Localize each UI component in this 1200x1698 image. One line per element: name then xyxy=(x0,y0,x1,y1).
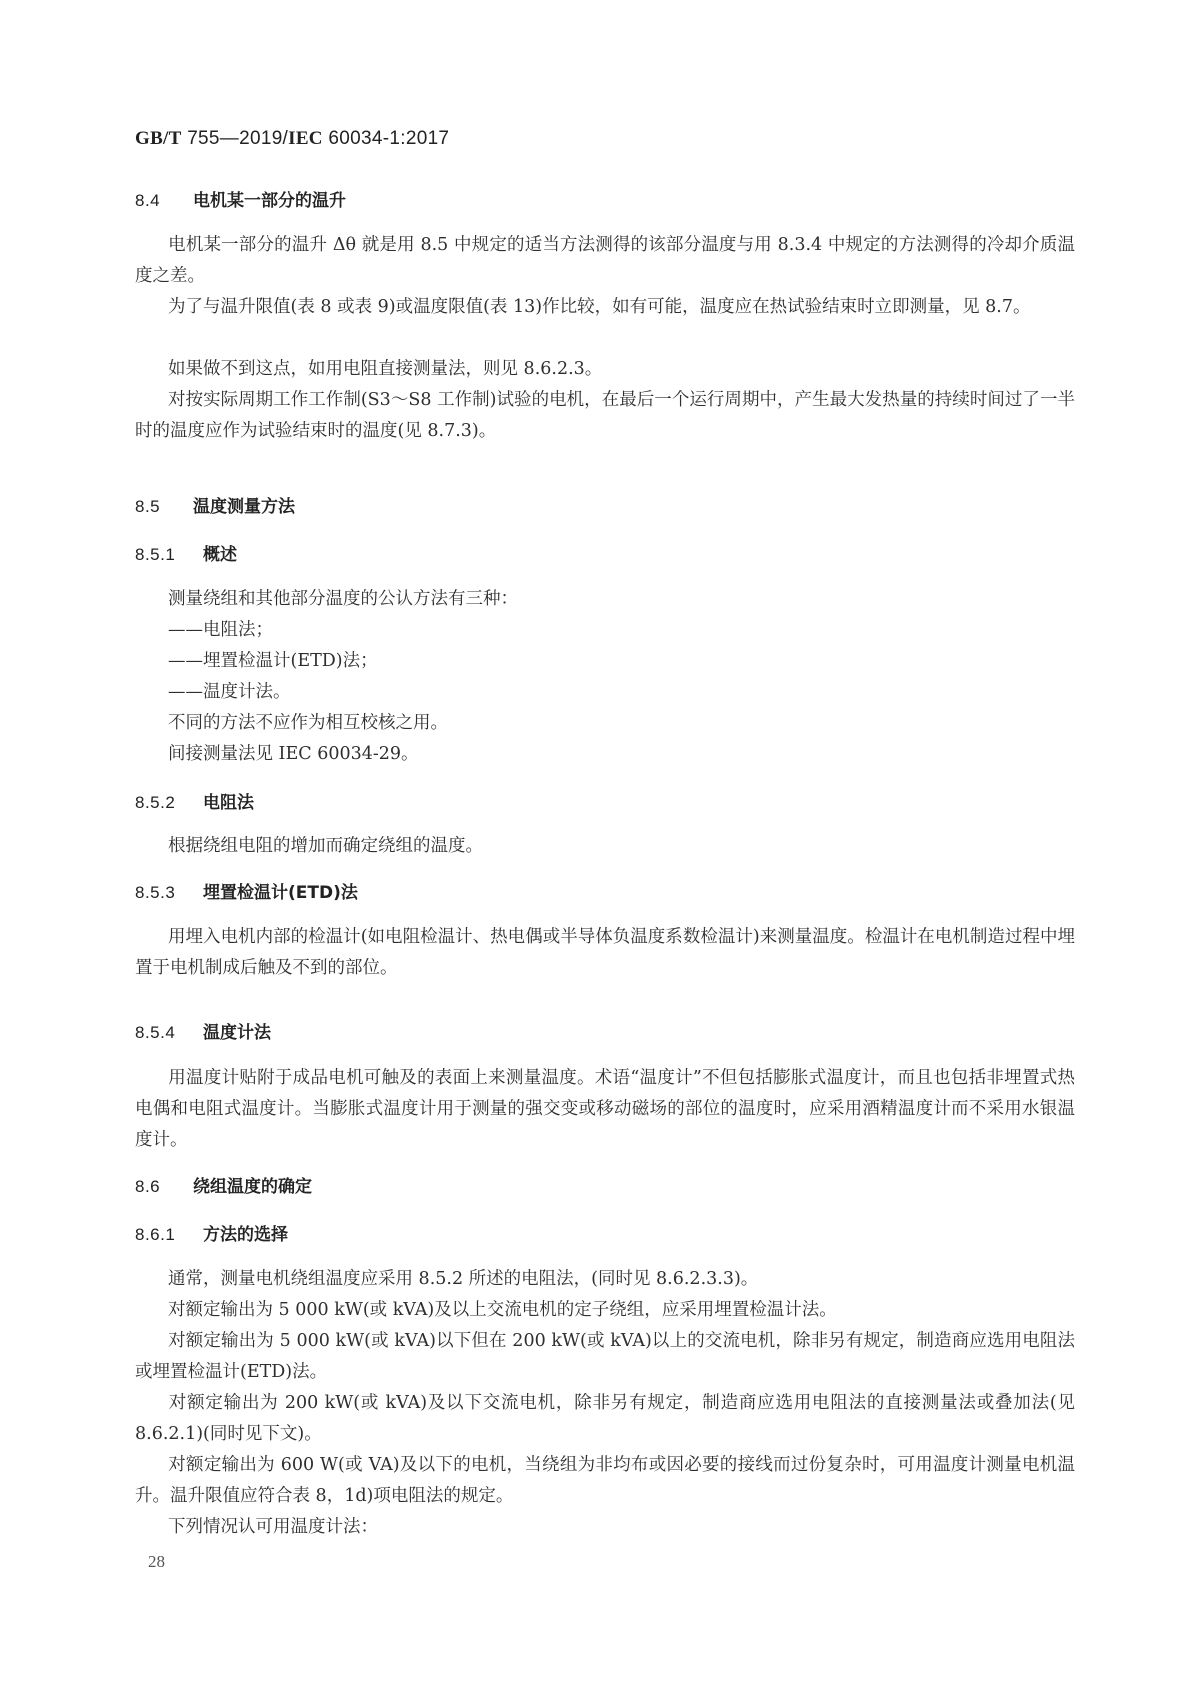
section-number: 8.6 xyxy=(135,1177,193,1197)
paragraph-text: 为了与温升限值(表 8 或表 9)或温度限值(表 13)作比较，如有可能，温度应… xyxy=(168,297,1031,317)
section-title: 电阻法 xyxy=(203,793,254,813)
section-heading-8-6: 8.6绕组温度的确定 xyxy=(135,1172,312,1197)
page-number: 28 xyxy=(148,1552,165,1572)
standard-code-header: GB/T 755—2019/IEC 60034-1:2017 xyxy=(135,128,449,150)
paragraph-text: 根据绕组电阻的增加而确定绕组的温度。 xyxy=(168,832,483,857)
paragraph-text: 不同的方法不应作为相互校核之用。 xyxy=(168,709,448,734)
section-title: 埋置检温计(ETD)法 xyxy=(203,883,358,903)
section-number: 8.5.1 xyxy=(135,545,203,565)
paragraph-text: 用埋入电机内部的检温计(如电阻检温计、热电偶或半导体负温度系数检温计)来测量温度… xyxy=(135,927,1075,978)
paragraph-text: 下列情况认可用温度计法： xyxy=(168,1517,378,1537)
paragraph: 用温度计贴附于成品电机可触及的表面上来测量温度。术语“温度计”不但包括膨胀式温度… xyxy=(135,1063,1075,1156)
paragraph: 下列情况认可用温度计法： xyxy=(135,1512,1075,1543)
paragraph: 对额定输出为 200 kW(或 kVA)及以下交流电机，除非另有规定，制造商应选… xyxy=(135,1388,1075,1450)
section-heading-8-5-3: 8.5.3埋置检温计(ETD)法 xyxy=(135,878,358,903)
section-title: 温度测量方法 xyxy=(193,497,295,517)
section-heading-8-5-1: 8.5.1概述 xyxy=(135,540,237,565)
standard-prefix: GB/T xyxy=(135,128,182,149)
paragraph: 为了与温升限值(表 8 或表 9)或温度限值(表 13)作比较，如有可能，温度应… xyxy=(135,292,1075,323)
paragraph-text: 对按实际周期工作工作制(S3～S8 工作制)试验的电机，在最后一个运行周期中，产… xyxy=(135,390,1075,441)
paragraph: 对按实际周期工作工作制(S3～S8 工作制)试验的电机，在最后一个运行周期中，产… xyxy=(135,385,1075,447)
section-number: 8.5.3 xyxy=(135,883,203,903)
section-number: 8.5.4 xyxy=(135,1023,203,1043)
paragraph-text: 电机某一部分的温升 Δθ 就是用 8.5 中规定的适当方法测得的该部分温度与用 … xyxy=(135,235,1075,286)
paragraph: 通常，测量电机绕组温度应采用 8.5.2 所述的电阻法，(同时见 8.6.2.3… xyxy=(135,1264,1075,1295)
section-title: 绕组温度的确定 xyxy=(193,1177,312,1197)
paragraph: 对额定输出为 600 W(或 VA)及以下的电机，当绕组为非均布或因必要的接线而… xyxy=(135,1450,1075,1512)
section-heading-8-4: 8.4电机某一部分的温升 xyxy=(135,186,346,211)
section-title: 概述 xyxy=(203,545,237,565)
paragraph-text: 间接测量法见 IEC 60034-29。 xyxy=(168,740,419,765)
standard-number: 755—2019/ xyxy=(182,128,289,149)
section-number: 8.5.2 xyxy=(135,793,203,813)
paragraph: 如果做不到这点，如用电阻直接测量法，则见 8.6.2.3。 xyxy=(135,354,1075,385)
paragraph-text: 对额定输出为 5 000 kW(或 kVA)以下但在 200 kW(或 kVA)… xyxy=(135,1331,1075,1382)
paragraph-text: 对额定输出为 600 W(或 VA)及以下的电机，当绕组为非均布或因必要的接线而… xyxy=(135,1455,1075,1506)
list-item: ——埋置检温计(ETD)法； xyxy=(168,647,378,672)
section-heading-8-5-4: 8.5.4温度计法 xyxy=(135,1018,271,1043)
section-title: 电机某一部分的温升 xyxy=(193,191,346,211)
paragraph-text: 如果做不到这点，如用电阻直接测量法，则见 8.6.2.3。 xyxy=(168,359,602,379)
iec-number: 60034-1:2017 xyxy=(323,128,449,149)
paragraph: 对额定输出为 5 000 kW(或 kVA)以下但在 200 kW(或 kVA)… xyxy=(135,1326,1075,1388)
list-item: ——温度计法。 xyxy=(168,678,291,703)
section-title: 方法的选择 xyxy=(203,1225,288,1245)
paragraph-text: 对额定输出为 5 000 kW(或 kVA)及以上交流电机的定子绕组，应采用埋置… xyxy=(168,1300,837,1320)
document-page: GB/T 755—2019/IEC 60034-1:2017 8.4电机某一部分… xyxy=(0,0,1200,1698)
section-heading-8-6-1: 8.6.1方法的选择 xyxy=(135,1220,288,1245)
section-number: 8.5 xyxy=(135,497,193,517)
section-number: 8.6.1 xyxy=(135,1225,203,1245)
section-title: 温度计法 xyxy=(203,1023,271,1043)
paragraph-text: 通常，测量电机绕组温度应采用 8.5.2 所述的电阻法，(同时见 8.6.2.3… xyxy=(168,1269,758,1289)
paragraph: 电机某一部分的温升 Δθ 就是用 8.5 中规定的适当方法测得的该部分温度与用 … xyxy=(135,230,1075,292)
paragraph: 用埋入电机内部的检温计(如电阻检温计、热电偶或半导体负温度系数检温计)来测量温度… xyxy=(135,922,1075,984)
paragraph-text: 测量绕组和其他部分温度的公认方法有三种： xyxy=(168,585,518,610)
section-heading-8-5-2: 8.5.2电阻法 xyxy=(135,788,254,813)
section-heading-8-5: 8.5温度测量方法 xyxy=(135,492,295,517)
iec-prefix: IEC xyxy=(288,128,323,149)
section-number: 8.4 xyxy=(135,191,193,211)
list-item: ——电阻法； xyxy=(168,616,273,641)
paragraph-text: 对额定输出为 200 kW(或 kVA)及以下交流电机，除非另有规定，制造商应选… xyxy=(135,1393,1075,1444)
paragraph-text: 用温度计贴附于成品电机可触及的表面上来测量温度。术语“温度计”不但包括膨胀式温度… xyxy=(135,1068,1075,1150)
paragraph: 对额定输出为 5 000 kW(或 kVA)及以上交流电机的定子绕组，应采用埋置… xyxy=(135,1295,1075,1326)
